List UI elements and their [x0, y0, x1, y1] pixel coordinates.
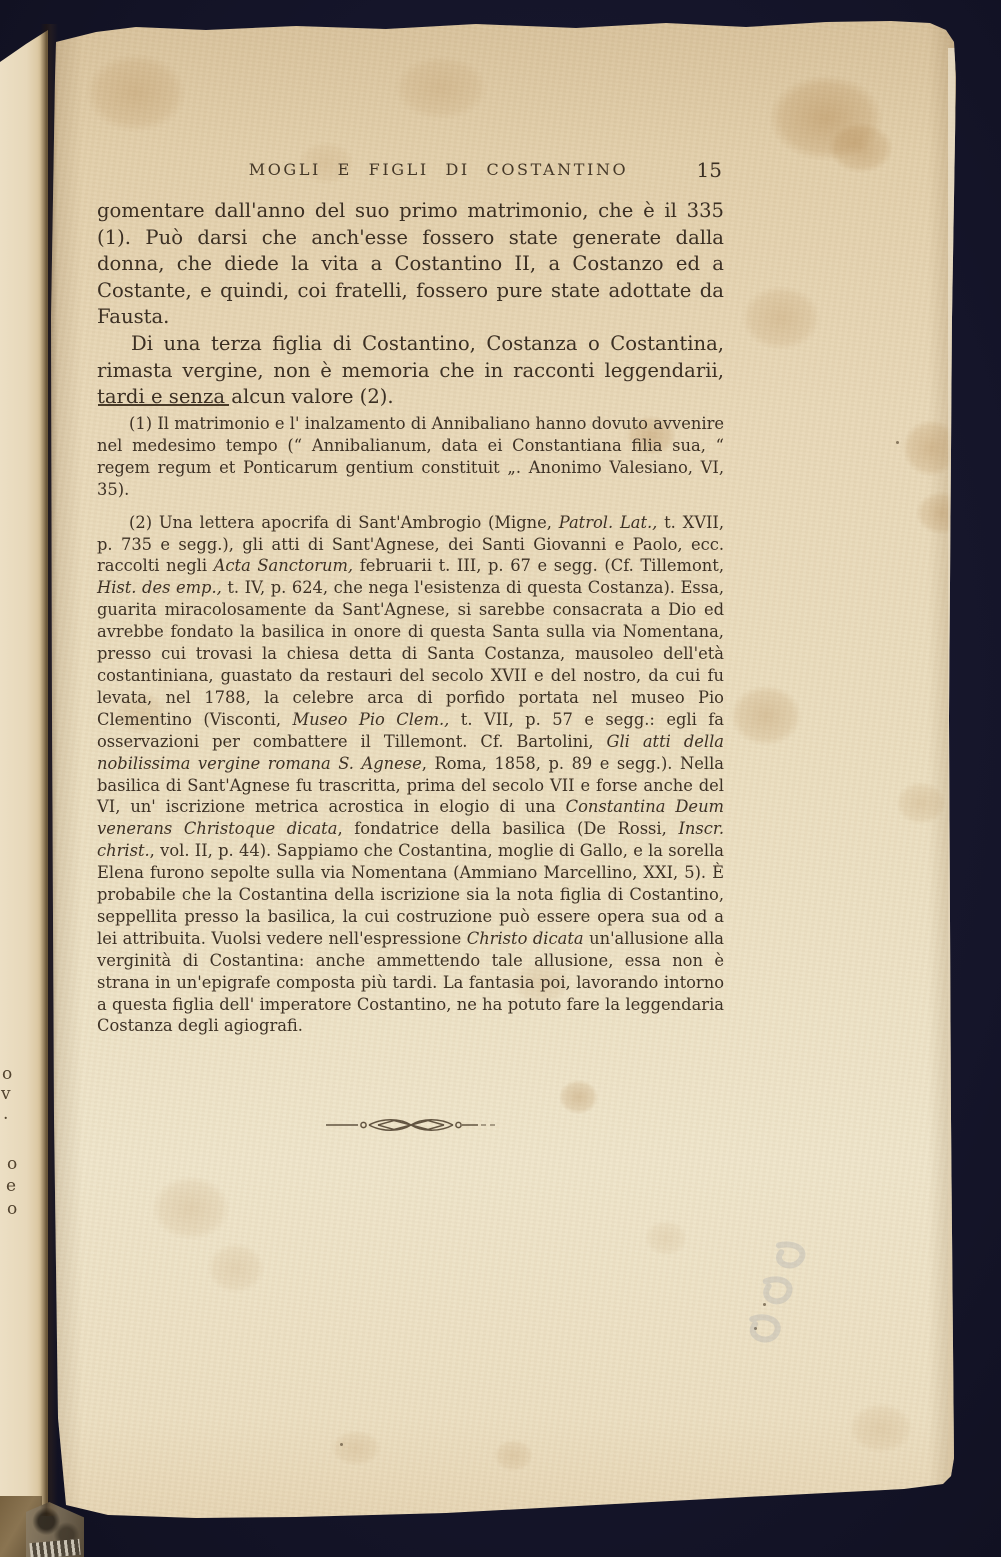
gutter-shadow: [40, 24, 58, 1516]
braided-rule-divider-icon: [326, 1116, 496, 1134]
stain: [321, 1423, 391, 1473]
footnotes: (1) Il matrimonio e l' inalzamento di An…: [97, 413, 724, 1037]
stain: [906, 483, 976, 543]
page-number: 15: [697, 158, 722, 182]
body-text: gomentare dall'anno del suo primo matrim…: [97, 198, 724, 411]
stain: [886, 773, 956, 833]
stain: [726, 273, 836, 363]
footnote-1: (1) Il matrimonio e l' inalzamento di An…: [97, 413, 724, 501]
stain: [376, 43, 506, 133]
stain: [636, 1213, 696, 1263]
stain: [716, 673, 816, 758]
stain: [891, 408, 971, 488]
edge-letter-fragment: o: [7, 1156, 17, 1173]
ink-speck: [896, 441, 899, 444]
edge-letter-fragment: o: [7, 1201, 17, 1218]
footnote-2: (2) Una lettera apocrifa di Sant'Ambrogi…: [97, 512, 724, 1038]
stain: [136, 1163, 246, 1253]
edge-letter-fragment: o: [2, 1066, 12, 1083]
ink-speck: [340, 1443, 343, 1446]
edge-letter-fragment: .: [3, 1106, 8, 1123]
paragraph-new: Di una terza figlia di Costantino, Costa…: [97, 331, 724, 411]
stain: [746, 58, 906, 178]
stain: [836, 1393, 926, 1463]
stain: [196, 1233, 276, 1303]
stain: [816, 113, 906, 183]
divider-wrap: [97, 1116, 724, 1134]
binding-headband-stripes: [29, 1539, 80, 1557]
running-title: MOGLI E FIGLI DI COSTANTINO: [249, 160, 629, 179]
footnote-separator-rule: [98, 404, 229, 406]
stain: [66, 38, 206, 148]
page-fore-edge: [948, 48, 956, 1478]
edge-letter-fragment: v: [1, 1086, 11, 1103]
book-page: MOGLI E FIGLI DI COSTANTINO 15 gomentare…: [46, 18, 960, 1520]
edge-letter-fragment: e: [6, 1178, 16, 1195]
running-head: MOGLI E FIGLI DI COSTANTINO 15: [97, 158, 724, 184]
ink-show-through: [733, 1231, 849, 1369]
paragraph-continued: gomentare dall'anno del suo primo matrim…: [97, 198, 724, 331]
stain: [551, 1073, 606, 1121]
book-photograph: o v . o e o: [0, 0, 1001, 1557]
stain: [486, 1433, 541, 1478]
